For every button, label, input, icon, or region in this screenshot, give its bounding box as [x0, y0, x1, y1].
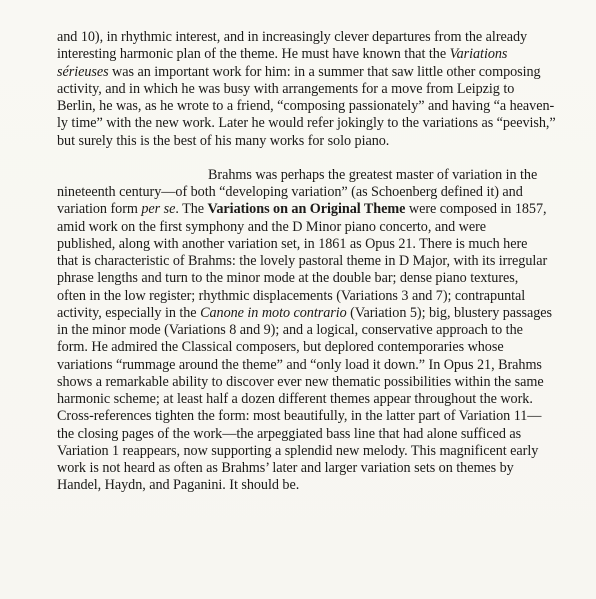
- bold-title: Variations on an Original Theme: [208, 201, 406, 217]
- text-run: Berlin, he was, as he wrote to a friend,…: [57, 98, 554, 114]
- text-run: form. He admired the Classical composers…: [57, 339, 504, 355]
- text-line: often in the low register; rhythmic disp…: [57, 288, 537, 305]
- text-line: Berlin, he was, as he wrote to a friend,…: [57, 98, 537, 115]
- text-run: Handel, Haydn, and Paganini. It should b…: [57, 477, 299, 493]
- text-run: was an important work for him: in a summ…: [109, 64, 541, 80]
- text-run: . The: [175, 201, 207, 217]
- text-run: the closing pages of the work—the arpegg…: [57, 426, 521, 442]
- text-line: Cross-references tighten the form: most …: [57, 408, 537, 425]
- text-run: amid work on the first symphony and the …: [57, 219, 486, 235]
- text-line: variation form per se. The Variations on…: [57, 201, 537, 218]
- text-run: harmonic scheme; at least half a dozen d…: [57, 391, 533, 407]
- text-run: ly time” with the new work. Later he wou…: [57, 115, 556, 131]
- text-line: Variation 1 reappears, now supporting a …: [57, 443, 537, 460]
- text-run: (Variation 5); big, blustery passages: [347, 305, 552, 321]
- text-run: published, along with another variation …: [57, 236, 527, 252]
- text-line: amid work on the first symphony and the …: [57, 219, 537, 236]
- text-line: activity, and in which he was busy with …: [57, 81, 537, 98]
- text-run: Cross-references tighten the form: most …: [57, 408, 541, 424]
- text-line: form. He admired the Classical composers…: [57, 339, 537, 356]
- text-line: work is not heard as often as Brahms’ la…: [57, 460, 537, 477]
- text-run: but surely this is the best of his many …: [57, 133, 389, 149]
- text-run: Brahms was perhaps the greatest master o…: [208, 167, 537, 183]
- paragraph-opus-21: Brahms was perhaps the greatest master o…: [57, 167, 537, 495]
- text-run: activity, and in which he was busy with …: [57, 81, 514, 97]
- text-run: often in the low register; rhythmic disp…: [57, 288, 525, 304]
- text-run: work is not heard as often as Brahms’ la…: [57, 460, 514, 476]
- text-run: that is characteristic of Brahms: the lo…: [57, 253, 547, 269]
- text-run: and 10), in rhythmic interest, and in in…: [57, 29, 527, 45]
- text-run: Variation 1 reappears, now supporting a …: [57, 443, 538, 459]
- text-line: sérieuses was an important work for him:…: [57, 64, 537, 81]
- paragraph-variations-serieuses: and 10), in rhythmic interest, and in in…: [57, 29, 537, 150]
- text-line: activity, especially in the Canone in mo…: [57, 305, 537, 322]
- text-line: interesting harmonic plan of the theme. …: [57, 46, 537, 63]
- text-run: shows a remarkable ability to discover e…: [57, 374, 544, 390]
- text-line: Brahms was perhaps the greatest master o…: [57, 167, 537, 184]
- text-line: the closing pages of the work—the arpegg…: [57, 426, 537, 443]
- liner-notes-text: and 10), in rhythmic interest, and in in…: [57, 29, 537, 495]
- text-line: that is characteristic of Brahms: the lo…: [57, 253, 537, 270]
- text-line: and 10), in rhythmic interest, and in in…: [57, 29, 537, 46]
- text-run: in the minor mode (Variations 8 and 9); …: [57, 322, 523, 338]
- italic-text: sérieuses: [57, 64, 109, 80]
- text-run: activity, especially in the: [57, 305, 200, 321]
- italic-text: Variations: [450, 46, 508, 62]
- text-run: variations “rummage around the theme” an…: [57, 357, 542, 373]
- text-line: but surely this is the best of his many …: [57, 133, 537, 150]
- text-run: variation form: [57, 201, 141, 217]
- text-line: ly time” with the new work. Later he wou…: [57, 115, 537, 132]
- text-line: in the minor mode (Variations 8 and 9); …: [57, 322, 537, 339]
- text-run: phrase lengths and turn to the minor mod…: [57, 270, 518, 286]
- text-run: nineteenth century—of both “developing v…: [57, 184, 523, 200]
- text-run: interesting harmonic plan of the theme. …: [57, 46, 450, 62]
- text-line: Handel, Haydn, and Paganini. It should b…: [57, 477, 537, 494]
- text-line: variations “rummage around the theme” an…: [57, 357, 537, 374]
- text-line: nineteenth century—of both “developing v…: [57, 184, 537, 201]
- text-line: harmonic scheme; at least half a dozen d…: [57, 391, 537, 408]
- text-run: were composed in 1857,: [405, 201, 546, 217]
- booklet-page: and 10), in rhythmic interest, and in in…: [0, 0, 596, 599]
- italic-text: Canone in moto contrario: [200, 305, 347, 321]
- text-line: published, along with another variation …: [57, 236, 537, 253]
- italic-text: per se: [141, 201, 175, 217]
- text-line: shows a remarkable ability to discover e…: [57, 374, 537, 391]
- text-line: phrase lengths and turn to the minor mod…: [57, 270, 537, 287]
